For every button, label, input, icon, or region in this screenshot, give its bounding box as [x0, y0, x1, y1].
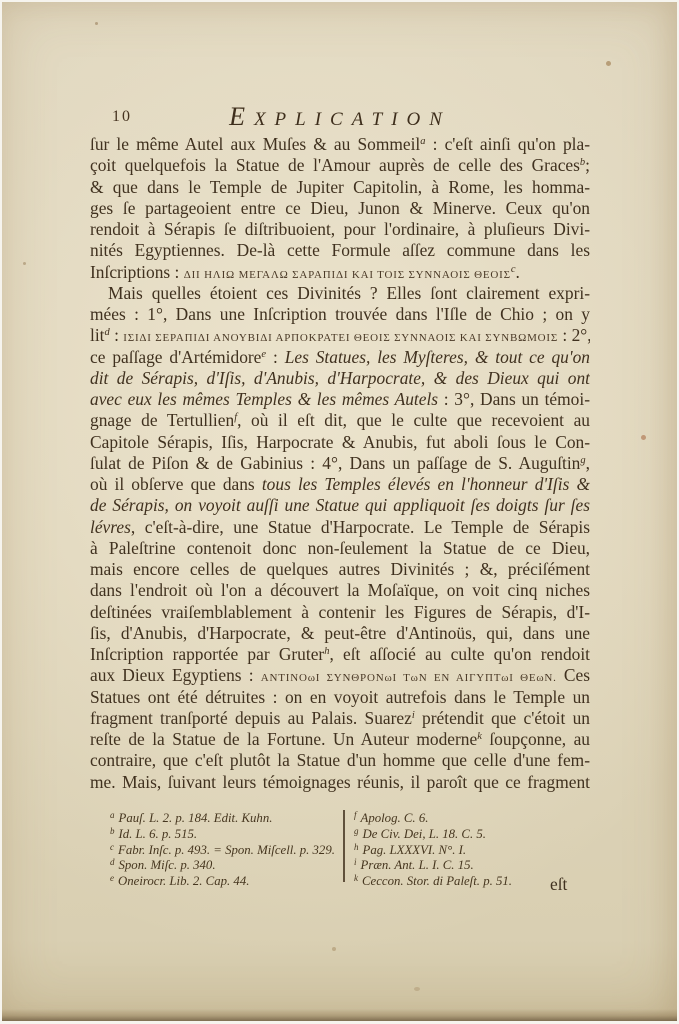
body-text: ſur le même Autel aux Muſes & au Sommeil…: [90, 134, 590, 793]
text-segment: ſulat de Piſon & de Gabinius : 4°, Dans …: [90, 453, 580, 473]
footnote-item: eOneirocr. Lib. 2. Cap. 44.: [110, 871, 338, 887]
text-segment: Mais quelles étoient ces Divinités ? Ell…: [108, 283, 590, 303]
footnote-item: bId. L. 6. p. 515.: [110, 824, 338, 840]
text-segment: dans l'endroit où l'on a découvert la Mo…: [90, 580, 590, 600]
page-bottom-edge: [2, 1009, 677, 1021]
footnote-text: Oneirocr. Lib. 2. Cap. 44.: [118, 874, 249, 888]
text-line: aux Dieux Egyptiens : ΑΝΤΙΝΟωΙ ΣΥΝΘΡΟΝωΙ…: [90, 665, 590, 686]
text-segment: Capitole Sérapis, Iſis, Harpocrate & Anu…: [90, 432, 590, 452]
text-line: reſte de la Statue de la Fortune. Un Aut…: [90, 729, 590, 750]
footnote-mark: a: [110, 810, 115, 820]
footnote-item: gDe Civ. Dei, L. 18. C. 5.: [354, 824, 584, 840]
text-segment: : 2°, Dans: [558, 325, 590, 345]
text-line: Statues ont été détruites : on en voyoit…: [90, 687, 590, 708]
paper-speck: [414, 987, 420, 991]
scanned-book-page: { "page": { "number": "10", "title_first…: [0, 0, 679, 1024]
text-segment: Ces: [557, 665, 590, 685]
text-segment: aux Dieux Egyptiens :: [90, 665, 261, 685]
text-segment: contraire, que c'eſt plutôt la Statue d'…: [90, 750, 590, 770]
greek-inscription: ΙΣΙΔΙ ΣΕΡΑΠΙΔΙ ΑΝΟΥΒΙΔΙ ΑΡΠΟΚΡΑΤΕΙ ΘΕΟΙΣ…: [123, 332, 558, 344]
page-header: 10 EXPLICATION: [90, 102, 590, 130]
footnote-text: De Civ. Dei, L. 18. C. 5.: [363, 827, 486, 841]
text-line: ges ſe partageoient entre ce Dieu, Junon…: [90, 198, 590, 219]
footnote-item: dSpon. Miſc. p. 340.: [110, 855, 338, 871]
text-line: ſulat de Piſon & de Gabinius : 4°, Dans …: [90, 453, 590, 474]
paper: 10 EXPLICATION ſur le même Autel aux Muſ…: [2, 2, 677, 1021]
text-segment: ;: [585, 155, 590, 175]
text-segment: ges ſe partageoient entre ce Dieu, Junon…: [90, 198, 590, 218]
text-segment: , eſt aſſocié au culte qu'on rendoit: [329, 644, 590, 664]
paper-speck: [606, 61, 611, 66]
text-segment: mais encore celles de quelques autres Di…: [90, 559, 590, 579]
footnote-mark: f: [354, 810, 357, 820]
footnote-text: Pauſ. L. 2. p. 184. Edit. Kuhn.: [119, 811, 273, 825]
greek-inscription: ΑΝΤΙΝΟωΙ ΣΥΝΘΡΟΝωΙ ΤωΝ ΕΝ ΑΙΓΥΠΤωΙ ΘΕωΝ.: [261, 672, 557, 684]
text-segment: deſtinées vraiſemblablement à contenir l…: [90, 602, 590, 622]
text-segment: .: [516, 262, 520, 282]
text-segment: , c'eſt-à-dire, une Statue d'Harpocrate.…: [131, 517, 590, 537]
text-segment: Statues ont été détruites : on en voyoit…: [90, 687, 590, 707]
catchword: eſt: [550, 874, 590, 895]
text-line: me. Mais, ſuivant leurs témoignages réun…: [90, 772, 590, 793]
text-line: contraire, que c'eſt plutôt la Statue d'…: [90, 750, 590, 771]
text-segment: à Paleſtrine contenoit donc non-ſeulemen…: [90, 538, 590, 558]
footnote-text: Id. L. 6. p. 515.: [119, 827, 198, 841]
text-segment: :: [266, 347, 285, 367]
text-line: rendoit à Sérapis ſe diſtribuoient, pour…: [90, 219, 590, 240]
text-line: ſur le même Autel aux Muſes & au Sommeil…: [90, 134, 590, 155]
text-segment: reſte de la Statue de la Fortune. Un Aut…: [90, 729, 477, 749]
footnote-mark: g: [354, 826, 359, 836]
text-line: Mais quelles étoient ces Divinités ? Ell…: [90, 283, 590, 304]
text-segment: Inſcriptions :: [90, 262, 184, 282]
text-segment: de Sérapis, on voyoit auſſi une Statue q…: [90, 495, 590, 515]
text-segment: ce paſſage d'Artémidore: [90, 347, 261, 367]
text-line: ce paſſage d'Artémidoree : Les Statues, …: [90, 347, 590, 368]
footnote-mark: c: [110, 842, 114, 852]
footnote-mark: h: [354, 842, 359, 852]
text-segment: ſoupçonne, au: [482, 729, 590, 749]
text-segment: gnage de Tertullien: [90, 410, 234, 430]
text-segment: , où il eſt dit, que le culte que recevo…: [237, 410, 590, 430]
paper-speck: [23, 262, 26, 265]
text-segment: prétendit que c'étoit un: [415, 708, 590, 728]
text-segment: où il obſerve que dans: [90, 474, 262, 494]
footnote-item: aPauſ. L. 2. p. 184. Edit. Kuhn.: [110, 808, 338, 824]
text-segment: tous les Temples élevés en l'honneur d'I…: [262, 474, 590, 494]
text-line: gnage de Tertullienf, où il eſt dit, que…: [90, 410, 590, 431]
text-line: où il obſerve que dans tous les Temples …: [90, 474, 590, 495]
text-line: dit de Sérapis, d'Iſis, d'Anubis, d'Harp…: [90, 368, 590, 389]
paper-speck: [95, 22, 98, 25]
text-segment: dit de Sérapis, d'Iſis, d'Anubis, d'Harp…: [90, 368, 590, 388]
footnote-text: Apolog. C. 6.: [361, 811, 429, 825]
text-line: & que dans le Temple de Jupiter Capitoli…: [90, 177, 590, 198]
text-line: litd : ΙΣΙΔΙ ΣΕΡΑΠΙΔΙ ΑΝΟΥΒΙΔΙ ΑΡΠΟΚΡΑΤΕ…: [90, 325, 590, 346]
text-line: lévres, c'eſt-à-dire, une Statue d'Harpo…: [90, 517, 590, 538]
text-line: çoit quelquefois la Statue de l'Amour au…: [90, 155, 590, 176]
text-line: mais encore celles de quelques autres Di…: [90, 559, 590, 580]
text-segment: lévres: [90, 517, 131, 537]
text-line: Inſcription rapportée par Gruterh, eſt a…: [90, 644, 590, 665]
text-segment: fragment tranſporté depuis au Palais. Su…: [90, 708, 412, 728]
text-line: deſtinées vraiſemblablement à contenir l…: [90, 602, 590, 623]
running-title-rest: XPLICATION: [254, 109, 451, 130]
text-line: Inſcriptions : ΔΙΙ ΗΛΙΩ ΜΕΓΑΛΩ ΣΑΡΑΠΙΔΙ …: [90, 262, 590, 283]
paper-speck: [332, 947, 336, 951]
footnote-item: hPag. LXXXVI. N°. I.: [354, 840, 584, 856]
text-line: à Paleſtrine contenoit donc non-ſeulemen…: [90, 538, 590, 559]
text-segment: : 3°, Dans un témoi-: [438, 389, 590, 409]
footnote-mark: k: [354, 873, 358, 883]
text-segment: & que dans le Temple de Jupiter Capitoli…: [90, 177, 590, 197]
footnote-mark: b: [110, 826, 115, 836]
footnote-item: iPræn. Ant. L. I. C. 15.: [354, 855, 584, 871]
text-segment: ,: [586, 453, 590, 473]
text-segment: mées : 1°, Dans une Inſcription trouvée …: [90, 304, 590, 324]
text-segment: : c'eſt ainſi qu'on pla-: [426, 134, 590, 154]
text-line: ſis, d'Anubis, d'Harpocrate, & peut-être…: [90, 623, 590, 644]
text-segment: nités Egyptiennes. De-là cette Formule a…: [90, 240, 590, 260]
footnotes: aPauſ. L. 2. p. 184. Edit. Kuhn.bId. L. …: [90, 808, 590, 900]
text-line: fragment tranſporté depuis au Palais. Su…: [90, 708, 590, 729]
greek-inscription: ΔΙΙ ΗΛΙΩ ΜΕΓΑΛΩ ΣΑΡΑΠΙΔΙ ΚΑΙ ΤΟΙΣ ΣΥΝΝΑΟ…: [184, 269, 511, 281]
text-segment: Inſcription rapportée par Gruter: [90, 644, 324, 664]
footnote-mark: e: [110, 873, 114, 883]
text-segment: çoit quelquefois la Statue de l'Amour au…: [90, 155, 580, 175]
footnote-mark: i: [354, 857, 357, 867]
text-line: nités Egyptiennes. De-là cette Formule a…: [90, 240, 590, 261]
paper-speck: [641, 435, 646, 440]
text-segment: rendoit à Sérapis ſe diſtribuoient, pour…: [90, 219, 590, 239]
text-segment: ſur le même Autel aux Muſes & au Sommeil: [90, 134, 420, 154]
footnote-divider: [343, 810, 345, 882]
footnote-item: cFabr. Inſc. p. 493. = Spon. Miſcell. p.…: [110, 840, 338, 856]
footnote-column-left: aPauſ. L. 2. p. 184. Edit. Kuhn.bId. L. …: [110, 808, 338, 887]
running-title-initial: E: [229, 102, 254, 131]
text-segment: :: [110, 325, 124, 345]
text-line: de Sérapis, on voyoit auſſi une Statue q…: [90, 495, 590, 516]
text-line: dans l'endroit où l'on a découvert la Mo…: [90, 580, 590, 601]
text-segment: lit: [90, 325, 105, 345]
text-segment: Les Statues, les Myſteres, & tout ce qu'…: [285, 347, 590, 367]
footnote-item: fApolog. C. 6.: [354, 808, 584, 824]
text-line: mées : 1°, Dans une Inſcription trouvée …: [90, 304, 590, 325]
text-line: Capitole Sérapis, Iſis, Harpocrate & Anu…: [90, 432, 590, 453]
running-title: EXPLICATION: [90, 102, 590, 132]
text-segment: avec eux les mêmes Temples & les mêmes A…: [90, 389, 438, 409]
text-line: avec eux les mêmes Temples & les mêmes A…: [90, 389, 590, 410]
footnote-mark: d: [110, 857, 115, 867]
text-segment: ſis, d'Anubis, d'Harpocrate, & peut-être…: [90, 623, 590, 643]
footnote-text: Ceccon. Stor. di Paleſt. p. 51.: [362, 874, 512, 888]
text-segment: me. Mais, ſuivant leurs témoignages réun…: [90, 772, 590, 792]
